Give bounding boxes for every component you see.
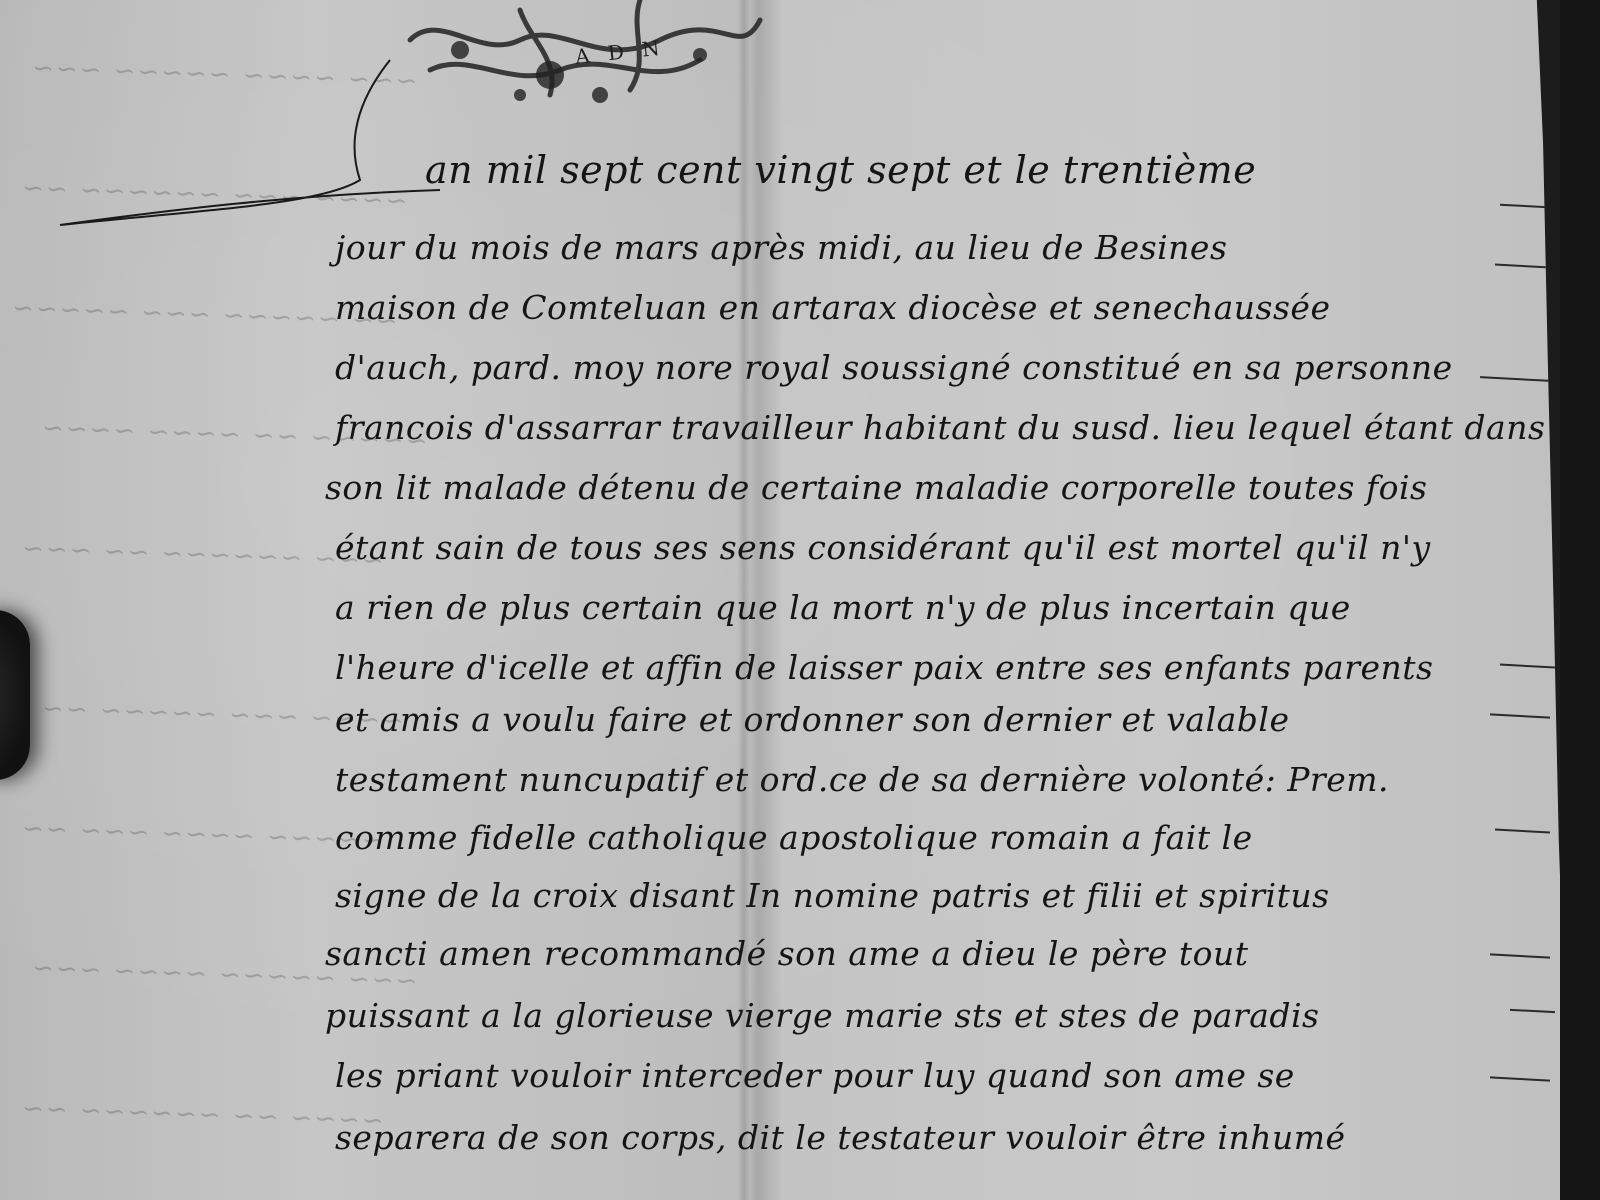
line-end-dash: [1500, 664, 1555, 669]
line-end-dash: [1480, 376, 1550, 382]
line-end-dash: [1490, 953, 1550, 958]
manuscript-line-6: son lit malade détenu de certaine maladi…: [325, 468, 1428, 507]
manuscript-line-4: d'auch, pard. moy nore royal soussigné c…: [335, 348, 1453, 387]
manuscript-line-5: francois d'assarrar travailleur habitant…: [335, 408, 1545, 447]
manuscript-line-7: étant sain de tous ses sens considérant …: [335, 528, 1431, 567]
manuscript-page: ~~~ ~~~~ ~~~~~ ~~~ ~~~~ ~~~ ~~~~~~ ~~ ~~…: [0, 0, 1565, 1200]
line-end-dash: [1510, 1009, 1555, 1013]
manuscript-line-14: sancti amen recommandé son ame a dieu le…: [325, 934, 1249, 973]
line-end-dash: [1500, 204, 1550, 209]
manuscript-line-16: les priant vouloir interceder pour luy q…: [335, 1056, 1295, 1095]
line-end-dash: [1495, 264, 1550, 269]
manuscript-line-9: l'heure d'icelle et affin de laisser pai…: [335, 648, 1433, 687]
manuscript-line-11: testament nuncupatif et ord.ce de sa der…: [335, 760, 1389, 799]
line-end-dash: [1495, 829, 1550, 834]
manuscript-line-13: signe de la croix disant In nomine patri…: [335, 876, 1330, 915]
manuscript-line-2: jour du mois de mars après midi, au lieu…: [335, 228, 1227, 267]
bleed-through-text: ~~~~~ ~~~~ ~~~ ~~: [20, 814, 385, 857]
manuscript-line-8: a rien de plus certain que la mort n'y d…: [335, 588, 1351, 627]
bleed-through-text: ~~~ ~~~~~~ ~~ ~~~: [20, 534, 385, 577]
manuscript-line-1: an mil sept cent vingt sept et le trenti…: [425, 148, 1256, 192]
manuscript-line-12: comme fidelle catholique apostolique rom…: [335, 818, 1253, 857]
manuscript-line-17: separera de son corps, dit le testateur …: [335, 1118, 1346, 1157]
manuscript-line-10: et amis a voulu faire et ordonner son de…: [335, 700, 1290, 739]
opening-flourish-icon: [50, 30, 450, 240]
thumb-holding-page: [0, 610, 30, 780]
manuscript-line-3: maison de Comteluan en artarax diocèse e…: [335, 288, 1330, 327]
dark-background-edge: [1560, 0, 1600, 1200]
bleed-through-text: ~~~~ ~~ ~~~~~~ ~~: [20, 1094, 385, 1137]
line-end-dash: [1490, 1076, 1550, 1081]
line-end-dash: [1490, 713, 1550, 718]
manuscript-line-15: puissant a la glorieuse vierge marie sts…: [325, 996, 1320, 1035]
